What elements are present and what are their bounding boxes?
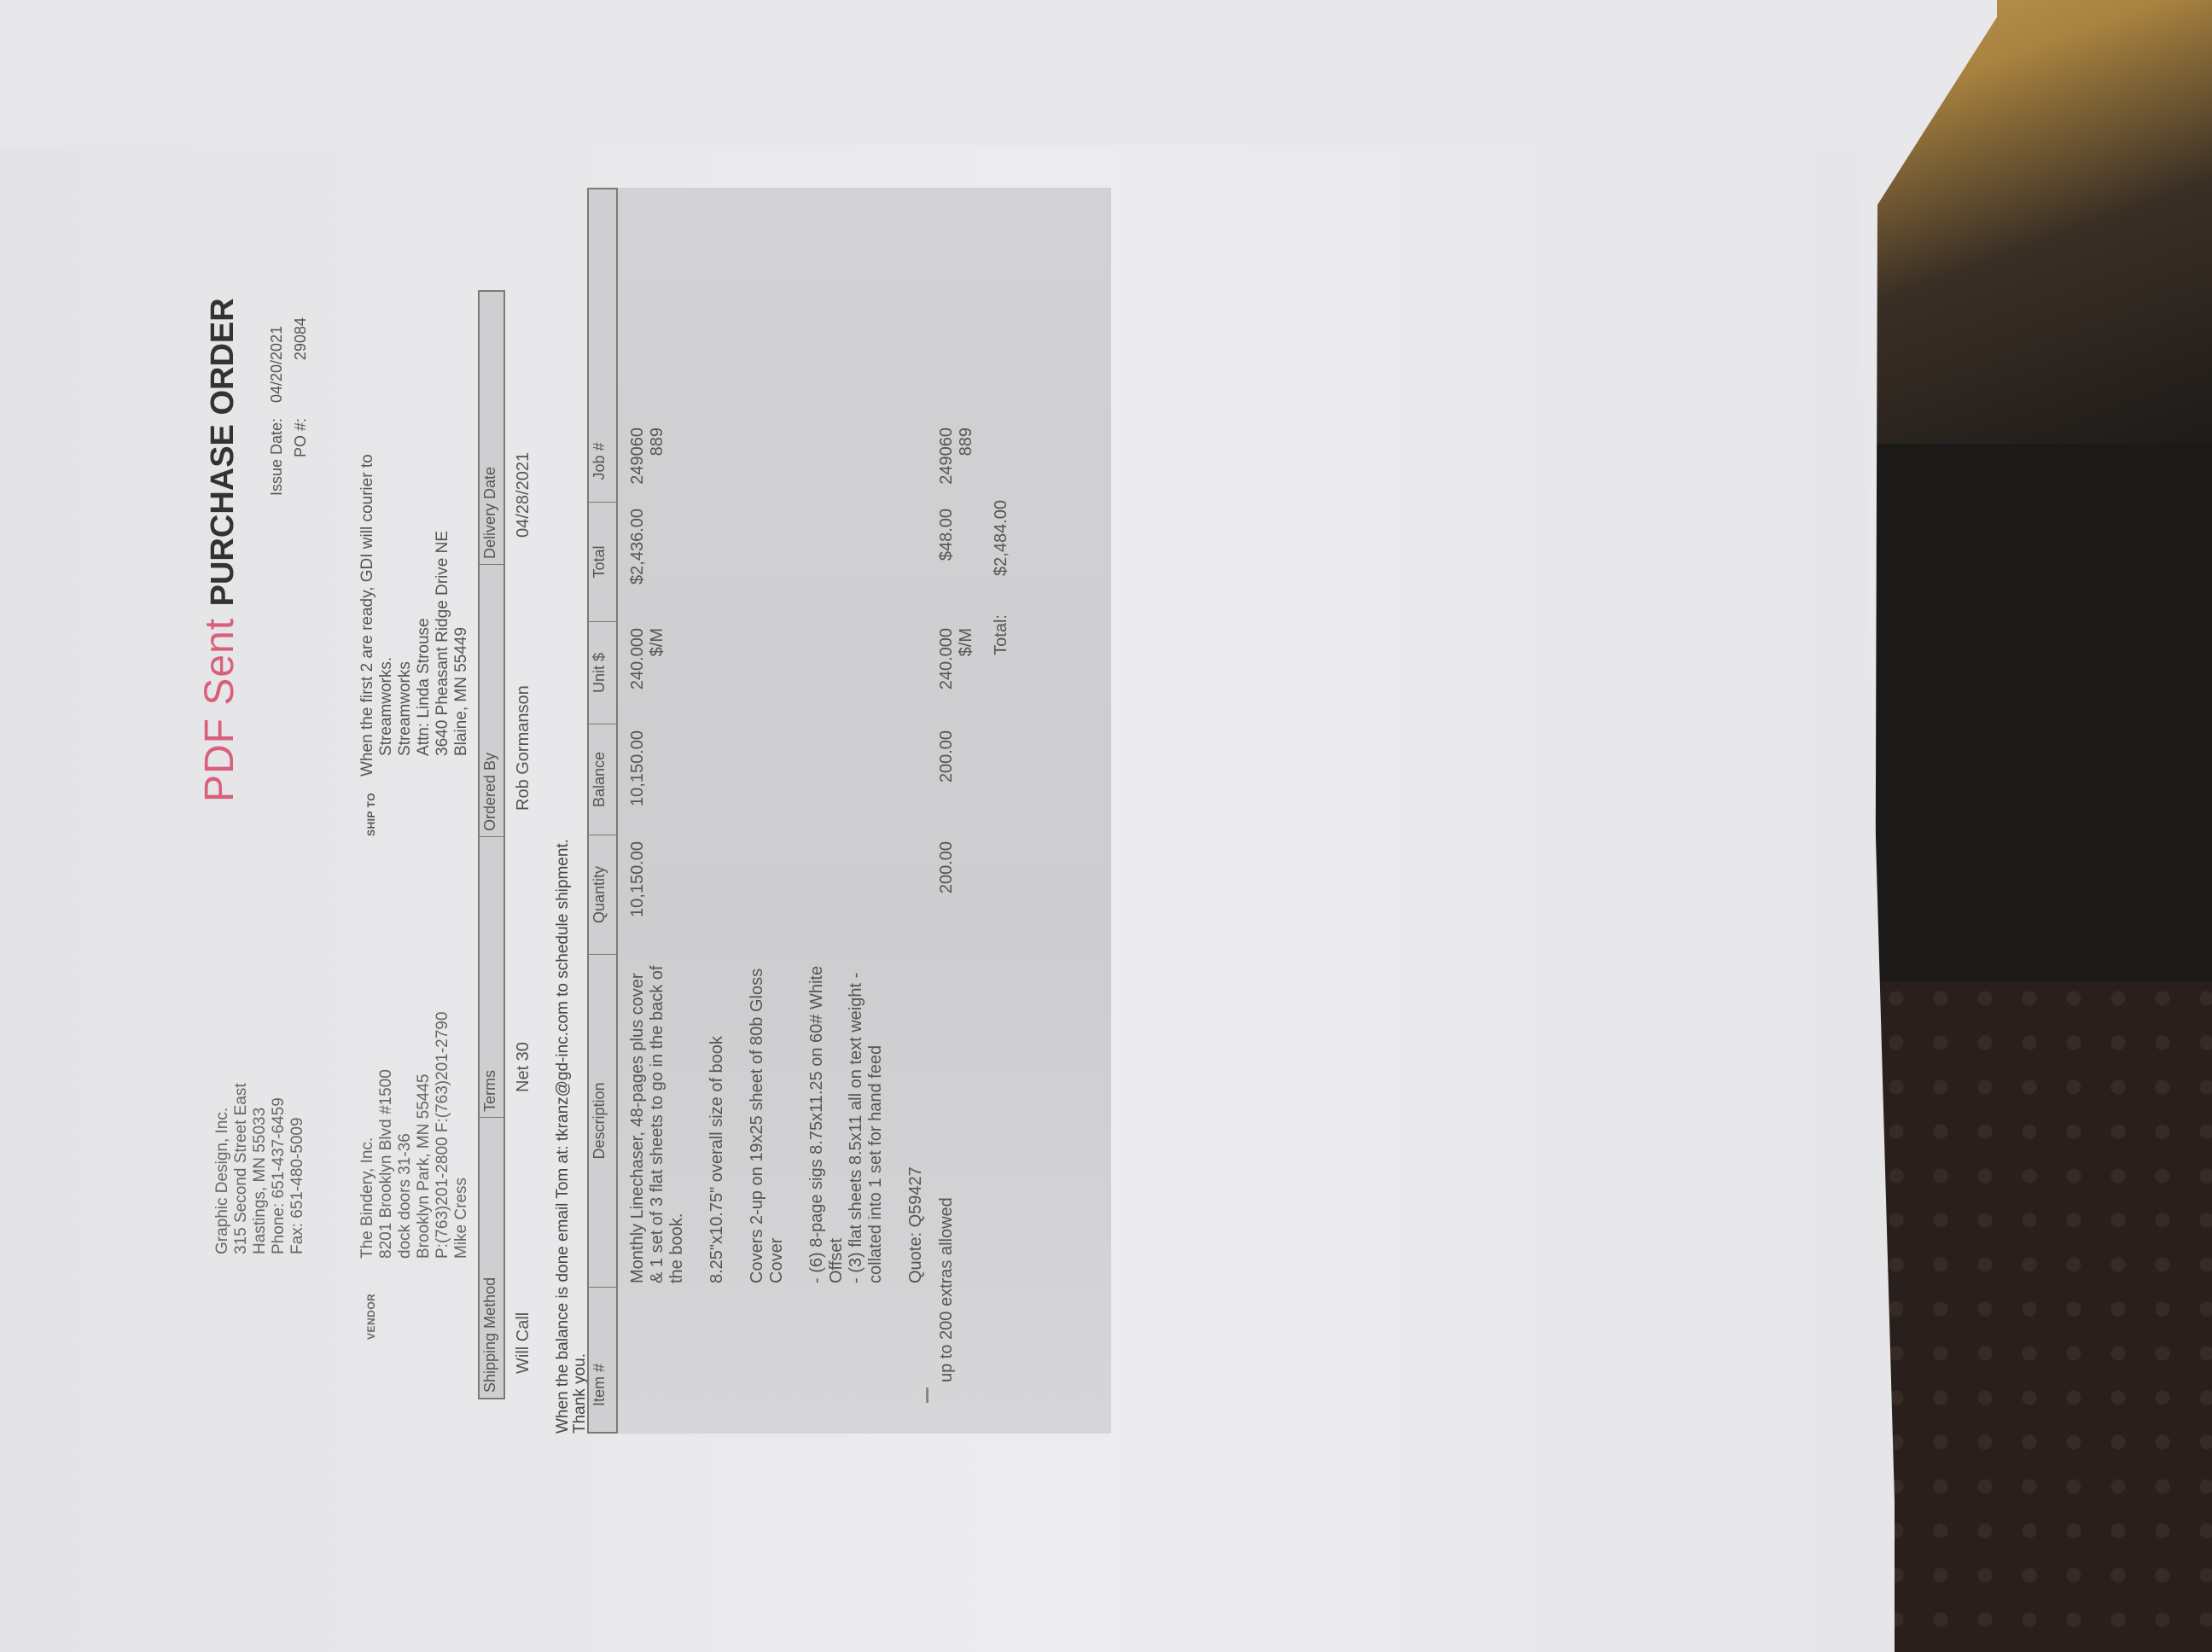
item-description: Monthly Linechaser, 48-pages plus cover … [628,956,926,1288]
table-row: up to 200 extras allowed 200.00 200.00 2… [937,188,976,1434]
unit-price: 240.000 $/M [937,623,976,725]
vendor-block: VENDOR The Bindery, Inc. 8201 Brooklyn B… [358,1012,471,1340]
ship-to-block: SHIP TO When the first 2 are ready, GDI … [358,454,471,836]
job-number: 249060 889 [937,422,976,503]
quote-number: Quote: Q59427 [906,961,926,1283]
shipping-method: Will Call [514,1118,533,1399]
order-info-table: Shipping Method Terms Ordered By Deliver… [478,290,541,1399]
job-number: 249060 889 [628,422,926,503]
grand-total-row: Total: $2,484.00 [992,188,1011,1434]
shipment-instructions: When the balance is done email Tom at: t… [555,839,589,1434]
ship-to-label: SHIP TO [362,793,381,836]
line-total: $48.00 [937,503,976,623]
table-row: Monthly Linechaser, 48-pages plus cover … [618,188,926,1434]
quantity: 10,150.00 [628,836,926,956]
vendor-label: VENDOR [362,1294,381,1340]
document-title: PDF Sent PURCHASE ORDER [196,298,243,802]
order-info-header: Shipping Method Terms Ordered By Deliver… [478,290,505,1399]
item-description: up to 200 extras allowed [937,956,976,1408]
terms: Net 30 [514,836,533,1118]
total-label: Total: [992,614,1011,717]
company-address: Graphic Design, Inc. 315 Second Street E… [213,1083,307,1254]
delivery-date: 04/28/2021 [514,290,533,563]
page-title: PURCHASE ORDER [205,298,241,606]
unit-price: 240.000 $/M [628,623,926,725]
purchase-order-page: Graphic Design, Inc. 315 Second Street E… [196,188,1323,1382]
po-meta: Issue Date:04/20/2021 PO #:29084 [265,317,312,503]
po-number: 29084 [288,317,312,403]
items-header: Item # Description Quantity Balance Unit… [587,188,618,1434]
pdf-sent-stamp: PDF Sent [197,618,242,802]
issue-date: 04/20/2021 [268,326,285,403]
quantity: 200.00 [937,836,976,956]
grand-total: $2,484.00 [992,495,1011,614]
po-header: Graphic Design, Inc. 315 Second Street E… [196,188,367,1382]
order-info-values: Will Call Net 30 Rob Gormanson 04/28/202… [505,290,541,1399]
row-marker [926,1387,928,1403]
line-items-table: Item # Description Quantity Balance Unit… [587,188,1011,1434]
balance: 200.00 [937,725,976,836]
balance: 10,150.00 [628,725,926,836]
ordered-by: Rob Gormanson [514,563,533,836]
line-total: $2,436.00 [628,503,926,623]
